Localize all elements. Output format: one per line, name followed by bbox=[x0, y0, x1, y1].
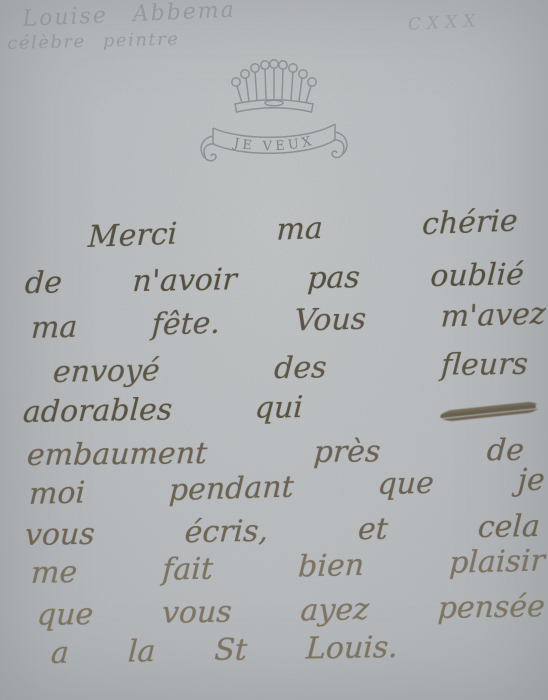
letter-line: envoyédesfleurs bbox=[52, 347, 529, 390]
letter-line: Mercimachérie bbox=[87, 203, 518, 255]
letter-paper: Louise Abbema célèbre peintre CXXX bbox=[0, 0, 548, 700]
letter-line: alaStLouis. bbox=[50, 630, 399, 671]
coronet-banner-icon: JE VEUX bbox=[189, 58, 359, 173]
letter-line: adorablesqui bbox=[22, 390, 304, 430]
pencil-annotation-title: célèbre peintre bbox=[7, 28, 180, 53]
letter-line: den'avoirpasoublié bbox=[24, 257, 525, 301]
catalog-number: CXXX bbox=[408, 11, 482, 35]
crest: JE VEUX bbox=[189, 58, 359, 173]
letter-line: quevousayezpensée bbox=[36, 589, 546, 633]
letter-line: mafête.Vousm'avez bbox=[30, 297, 546, 346]
scribbled-out-word bbox=[439, 399, 540, 424]
coronet-icon bbox=[232, 60, 316, 112]
pencil-annotation-name: Louise Abbema bbox=[22, 0, 236, 32]
